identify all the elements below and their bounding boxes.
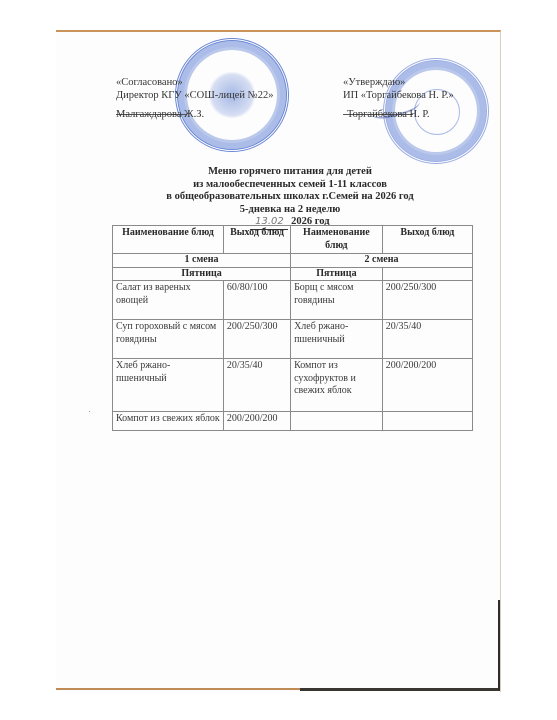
dish-name: Хлеб ржано-пшеничный [291, 320, 383, 359]
document-title: Меню горячего питания для детей из малоо… [110, 166, 470, 230]
title-line: в общеобразовательных школах г.Семей на … [110, 191, 470, 204]
shift-row: 1 смена 2 смена [113, 254, 473, 268]
approval-label: «Утверждаю» [343, 76, 454, 89]
shift-1: 1 смена [113, 254, 291, 268]
dish-name: Суп гороховый с мясом говядины [113, 320, 224, 359]
dish-name: Борщ с мясом говядины [291, 281, 383, 320]
portion: 20/35/40 [223, 359, 290, 412]
portion: 20/35/40 [382, 320, 472, 359]
portion: 200/250/300 [382, 281, 472, 320]
page-edge [498, 600, 500, 690]
table-row: Хлеб ржано-пшеничный 20/35/40 Компот из … [113, 359, 473, 412]
dish-name [291, 412, 383, 431]
approval-label: «Согласовано» [116, 76, 273, 89]
empty-cell [382, 267, 472, 281]
header-portion: Выход блюд [382, 226, 472, 254]
title-line: из малообеспеченных семей 1-11 классов [110, 179, 470, 192]
dish-name: Салат из вареных овощей [113, 281, 224, 320]
approval-position: ИП «Торгайбекова Н. Р.» [343, 89, 454, 102]
shift-2: 2 смена [291, 254, 473, 268]
day-row: Пятница Пятница [113, 267, 473, 281]
header-dish-name: Наименование блюд [113, 226, 224, 254]
speck [89, 411, 90, 412]
table-row: Салат из вареных овощей 60/80/100 Борщ с… [113, 281, 473, 320]
day-shift-2: Пятница [291, 267, 383, 281]
portion: 200/250/300 [223, 320, 290, 359]
approval-name: Малгаждарова Ж.З. [116, 108, 273, 121]
dish-name: Компот из сухофруктов и свежих яблок [291, 359, 383, 412]
header-portion: Выход блюд [223, 226, 290, 254]
day-shift-1: Пятница [113, 267, 291, 281]
table-header-row: Наименование блюд Выход блюд Наименовани… [113, 226, 473, 254]
approval-block-left: «Согласовано» Директор КГУ «СОШ-лицей №2… [116, 76, 273, 121]
table-row: Суп гороховый с мясом говядины 200/250/3… [113, 320, 473, 359]
title-line: 5-дневка на 2 неделю [110, 204, 470, 217]
table-row: Компот из свежих яблок 200/200/200 [113, 412, 473, 431]
portion: 200/200/200 [223, 412, 290, 431]
header-dish-name: Наименование блюд [291, 226, 383, 254]
approval-block-right: «Утверждаю» ИП «Торгайбекова Н. Р.» Торг… [343, 76, 454, 121]
approval-name: Торгайбекова Н. Р. [343, 108, 454, 121]
portion: 60/80/100 [223, 281, 290, 320]
page-edge [56, 688, 306, 690]
dish-name: Хлеб ржано-пшеничный [113, 359, 224, 412]
menu-table: Наименование блюд Выход блюд Наименовани… [112, 225, 473, 431]
page-edge [300, 688, 500, 691]
title-line: Меню горячего питания для детей [110, 166, 470, 179]
portion: 200/200/200 [382, 359, 472, 412]
approval-position: Директор КГУ «СОШ-лицей №22» [116, 89, 273, 102]
portion [382, 412, 472, 431]
dish-name: Компот из свежих яблок [113, 412, 224, 431]
